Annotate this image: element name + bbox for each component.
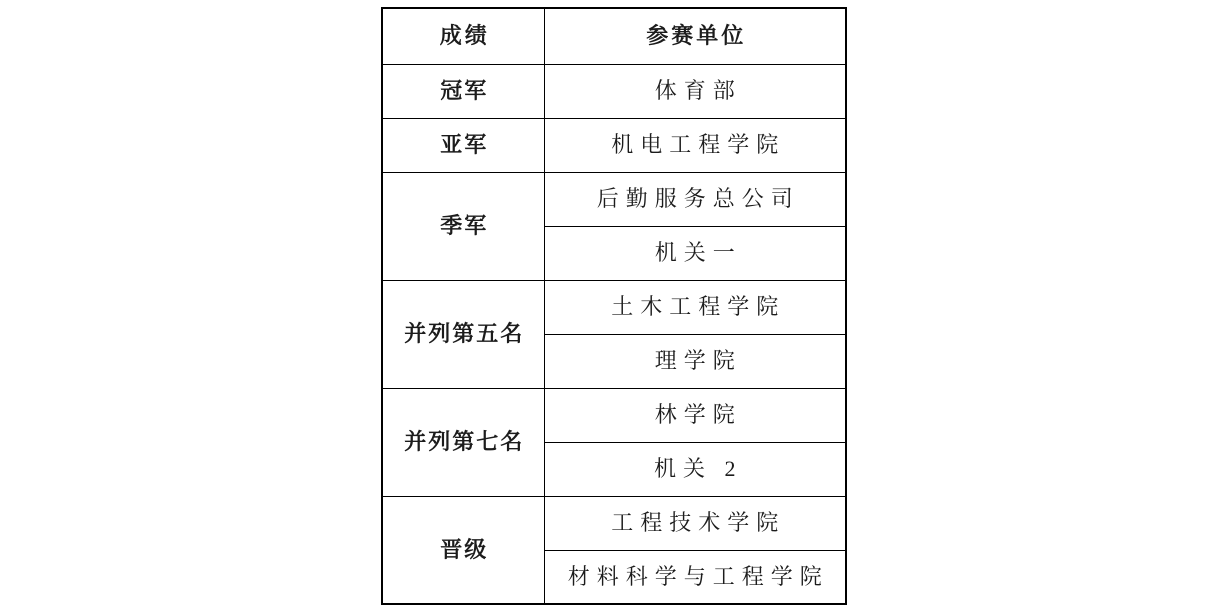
rank-cell: 并列第七名 (382, 388, 544, 496)
table-row: 并列第五名土木工程学院 (382, 280, 846, 334)
table-row: 冠军体育部 (382, 64, 846, 118)
unit-cell: 理学院 (544, 334, 846, 388)
rank-cell: 冠军 (382, 64, 544, 118)
rank-cell: 季军 (382, 172, 544, 280)
unit-cell: 材料科学与工程学院 (544, 550, 846, 604)
unit-cell: 机电工程学院 (544, 118, 846, 172)
results-table: 成绩 参赛单位 冠军体育部亚军机电工程学院季军后勤服务总公司机关一并列第五名土木… (381, 7, 847, 605)
unit-cell: 工程技术学院 (544, 496, 846, 550)
rank-cell: 亚军 (382, 118, 544, 172)
table-row: 亚军机电工程学院 (382, 118, 846, 172)
document-page: 成绩 参赛单位 冠军体育部亚军机电工程学院季军后勤服务总公司机关一并列第五名土木… (0, 0, 1215, 607)
rank-cell: 并列第五名 (382, 280, 544, 388)
unit-cell: 后勤服务总公司 (544, 172, 846, 226)
table-row: 晋级工程技术学院 (382, 496, 846, 550)
header-row: 成绩 参赛单位 (382, 8, 846, 64)
column-header-rank: 成绩 (382, 8, 544, 64)
rank-cell: 晋级 (382, 496, 544, 604)
column-header-unit: 参赛单位 (544, 8, 846, 64)
unit-cell: 土木工程学院 (544, 280, 846, 334)
unit-cell: 机关 2 (544, 442, 846, 496)
table-row: 季军后勤服务总公司 (382, 172, 846, 226)
unit-cell: 林学院 (544, 388, 846, 442)
table-row: 并列第七名林学院 (382, 388, 846, 442)
unit-cell: 机关一 (544, 226, 846, 280)
unit-cell: 体育部 (544, 64, 846, 118)
